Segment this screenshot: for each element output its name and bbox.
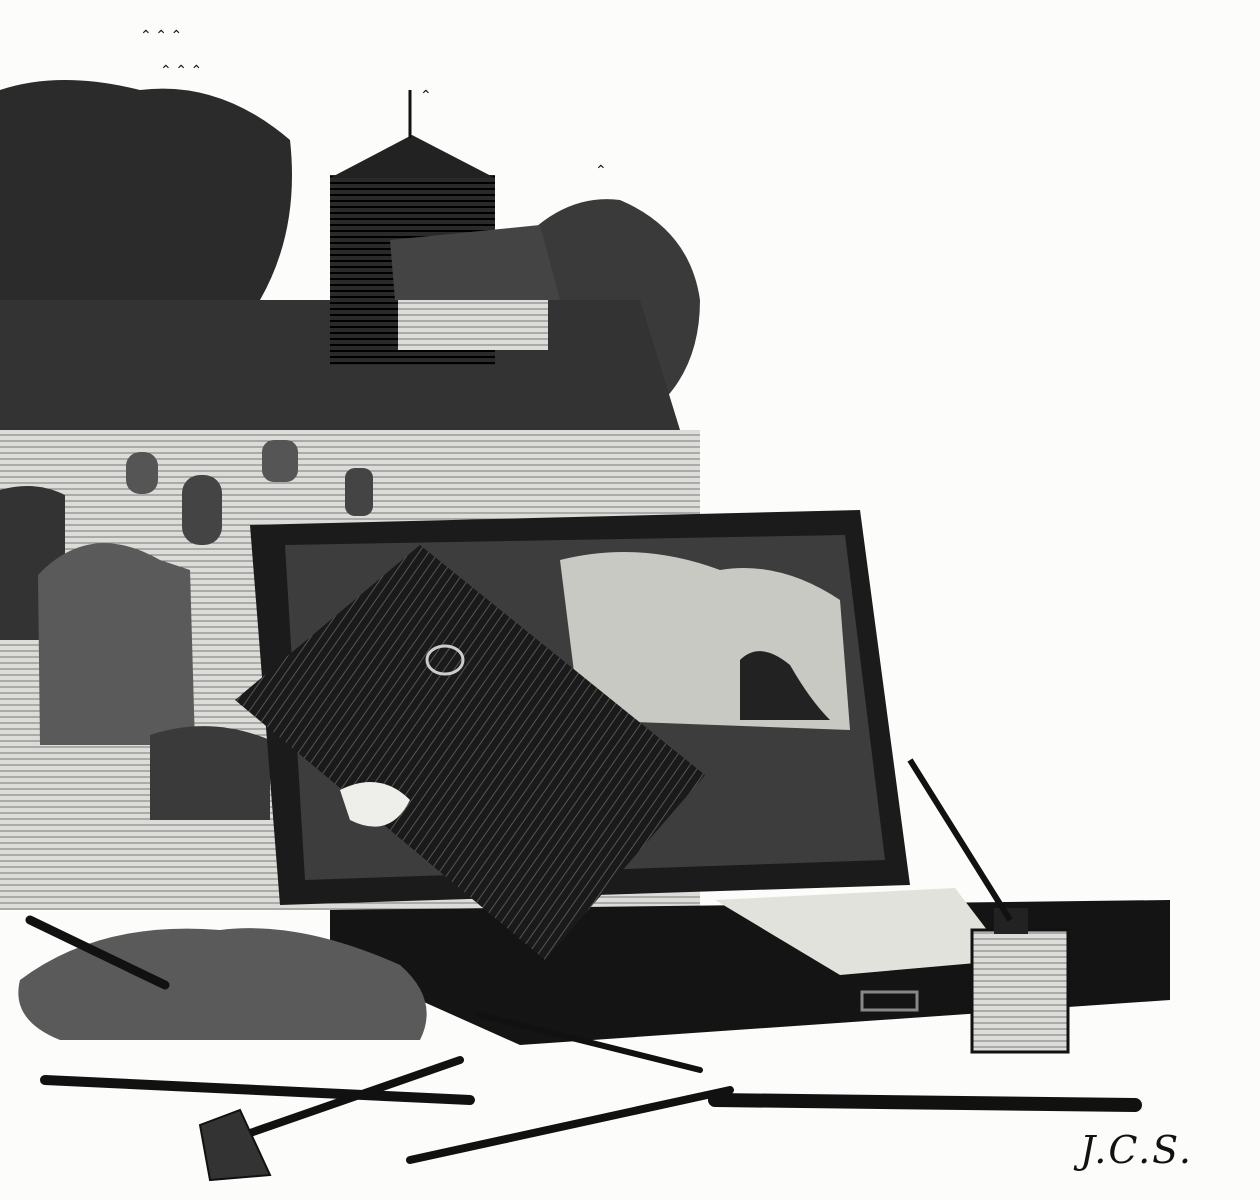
engraving: ⌃ ⌃ ⌃ ⌃ ⌃ ⌃ ⌃ ⌃	[0, 0, 1260, 1200]
svg-text:⌃: ⌃	[595, 164, 607, 179]
svg-text:⌃: ⌃	[420, 89, 432, 104]
svg-text:⌃ ⌃ ⌃: ⌃ ⌃ ⌃	[140, 29, 182, 44]
church	[330, 90, 560, 365]
oil-bottle	[972, 908, 1068, 1052]
artist-signature: J.C.S.	[1080, 1128, 1193, 1172]
church-nave	[398, 300, 548, 350]
svg-text:⌃ ⌃ ⌃: ⌃ ⌃ ⌃	[160, 64, 202, 79]
illustration: ⌃ ⌃ ⌃ ⌃ ⌃ ⌃ ⌃ ⌃	[0, 0, 1260, 1200]
